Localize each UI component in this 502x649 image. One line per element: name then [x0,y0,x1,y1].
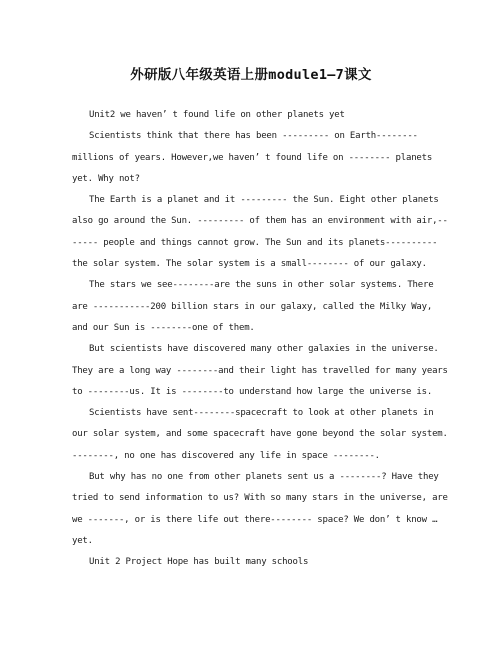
text-line: and our Sun is --------one of them. [72,318,452,339]
document-body: Unit2 we haven’ t found life on other pl… [0,105,502,574]
text-line: yet. [72,531,452,552]
text-line: ----- people and things cannot grow. The… [72,233,452,254]
text-line: But why has no one from other planets se… [72,467,452,488]
text-line: we -------, or is there life out there--… [72,510,452,531]
text-line: The stars we see--------are the suns in … [72,275,452,296]
text-line: But scientists have discovered many othe… [72,339,452,360]
text-line: Unit 2 Project Hope has built many schoo… [72,552,452,573]
page-title: 外研版八年级英语上册module1—7课文 [0,64,502,86]
text-line: yet. Why not? [72,169,452,190]
text-line: to --------us. It is --------to understa… [72,382,452,403]
text-line: tried to send information to us? With so… [72,488,452,509]
text-line: --------, no one has discovered any life… [72,446,452,467]
text-line: Unit2 we haven’ t found life on other pl… [72,105,452,126]
text-line: Scientists think that there has been ---… [72,126,452,147]
text-line: Scientists have sent--------spacecraft t… [72,403,452,424]
text-line: millions of years. However,we haven’ t f… [72,148,452,169]
text-line: They are a long way --------and their li… [72,361,452,382]
text-line: our solar system, and some spacecraft ha… [72,424,452,445]
document-page: 外研版八年级英语上册module1—7课文 Unit2 we haven’ t … [0,0,502,649]
text-line: are -----------200 billion stars in our … [72,297,452,318]
text-line: The Earth is a planet and it --------- t… [72,190,452,211]
text-line: also go around the Sun. --------- of the… [72,211,452,232]
text-line: the solar system. The solar system is a … [72,254,452,275]
